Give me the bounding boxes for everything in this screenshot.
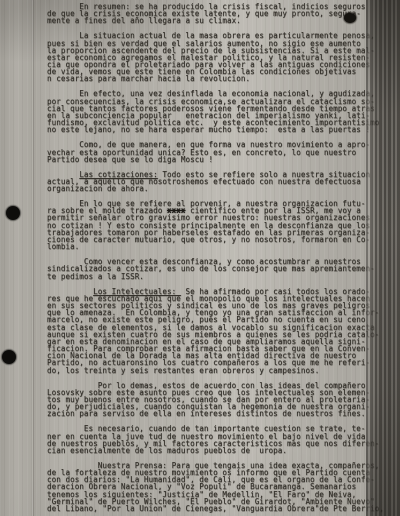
paragraph: En resumen: se ha producido la crisis fi… xyxy=(47,3,395,25)
text-line: ciones de caracter mutuario, que otros, … xyxy=(47,236,395,243)
text-line: te pedimos a la ISSR. xyxy=(47,273,395,280)
paragraph: Los Intelectuales: Se ha afirmado por ca… xyxy=(47,288,395,374)
paragraph: Por lo demas, estos de acuerdo con las i… xyxy=(47,382,395,418)
text-line: no este lejano, no se hara esperar mucho… xyxy=(47,126,395,133)
text-line: cian esencialmente de los maduros pueblo… xyxy=(47,447,395,454)
paragraph: En efecto, una vez desinflada la economi… xyxy=(47,90,395,133)
text-line: do, los treinta y seis restantes eran ob… xyxy=(47,367,395,374)
paragraph: Nuestra Prensa: Para que tengais una ide… xyxy=(47,462,395,512)
paragraph: Es necesario, cuando de tan importante c… xyxy=(47,425,395,454)
scanned-document-page: En resumen: se ha producido la crisis fi… xyxy=(0,0,400,516)
paragraph: La situacion actual de la masa obrera es… xyxy=(47,32,395,82)
hole-punch xyxy=(6,206,20,220)
hole-punch xyxy=(2,350,16,364)
paragraph: Las cotizaciones: Todo esto se refiere s… xyxy=(47,171,395,193)
text-line: organizacion de ahora. xyxy=(47,185,395,192)
text-line: zacion para serviso de ella en intereses… xyxy=(47,410,395,417)
paper-crease xyxy=(33,0,34,516)
document-text: En resumen: se ha producido la crisis fi… xyxy=(47,3,395,516)
text-line: lombia. xyxy=(47,243,395,250)
paragraph: Como, de que manera, en que forma va nue… xyxy=(47,141,395,163)
text-line: n cesarias para marchar hacia la revoluc… xyxy=(47,75,395,82)
paragraph: Como vencer esta desconfianza, y como ac… xyxy=(47,258,395,280)
paragraph: En lo que se refiere al porvenir, a nues… xyxy=(47,200,395,250)
text-line: del Libano, "Por la Union" de Cienegas, … xyxy=(47,505,395,512)
